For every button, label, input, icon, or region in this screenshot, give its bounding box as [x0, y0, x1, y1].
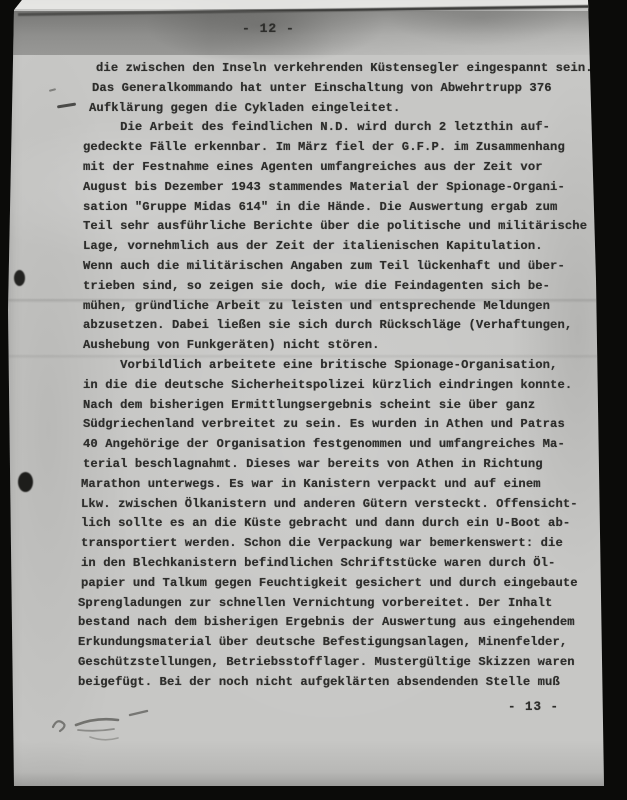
text-line: Vorbildlich arbeitete eine britische Spi…: [83, 356, 588, 376]
text-line: mühen, gründliche Arbeit zu leisten und …: [83, 297, 588, 317]
text-line: die zwischen den Inseln verkehrenden Küs…: [96, 59, 588, 79]
text-line: Teil sehr ausführliche Berichte über die…: [83, 217, 588, 237]
text-line: Erkundungsmaterial über deutsche Befesti…: [78, 633, 588, 653]
ink-blot: [14, 270, 25, 286]
page-number-header: - 12 -: [242, 21, 295, 36]
scanned-document-page: - 12 - die zwischen den Inseln verkehren…: [0, 0, 627, 800]
text-line: 40 Angehörige der Organisation festgenom…: [83, 435, 588, 455]
text-line: Marathon unterwegs. Es war in Kanistern …: [81, 475, 588, 495]
text-line: beigefügt. Bei der noch nicht aufgeklärt…: [78, 673, 588, 693]
text-line: Geschützstellungen, Betriebsstofflager. …: [78, 653, 588, 673]
text-line: transportiert werden. Schon die Verpacku…: [81, 534, 588, 554]
text-line: lich sollte es an die Küste gebracht und…: [81, 514, 588, 534]
text-line: in die die deutsche Sicherheitspolizei k…: [83, 376, 588, 396]
document-body: die zwischen den Inseln verkehrenden Küs…: [83, 59, 588, 693]
scan-shadow-band: [8, 11, 598, 55]
text-line: abzusetzen. Dabei ließen sie sich durch …: [83, 316, 588, 336]
page-number-footer: - 13 -: [508, 700, 559, 714]
pencil-scribble: [46, 704, 170, 750]
ink-blot: [18, 472, 33, 492]
text-line: Nach dem bisherigen Ermittlungsergebnis …: [83, 396, 588, 416]
text-line: gedeckte Fälle erkennbar. Im März fiel d…: [83, 138, 588, 158]
text-line: terial beschlagnahmt. Dieses war bereits…: [83, 455, 588, 475]
margin-mark: [49, 88, 56, 92]
text-line: papier und Talkum gegen Feuchtigkeit ges…: [81, 574, 588, 594]
text-line: Aufklärung gegen die Cykladen eingeleite…: [89, 99, 588, 119]
text-line: August bis Dezember 1943 stammendes Mate…: [83, 178, 588, 198]
text-line: mit der Festnahme eines Agenten umfangre…: [83, 158, 588, 178]
text-line: sation "Gruppe Midas 614" in die Hände. …: [83, 198, 588, 218]
text-line: trieben sind, so zeigen sie doch, wie di…: [83, 277, 588, 297]
text-line: Sprengladungen zur schnellen Vernichtung…: [78, 594, 588, 614]
text-line: Die Arbeit des feindlichen N.D. wird dur…: [83, 118, 588, 138]
text-line: Lkw. zwischen Ölkanistern und anderen Gü…: [81, 495, 588, 515]
corner-mark: [4, 777, 13, 791]
text-line: bestand nach dem bisherigen Ergebnis der…: [78, 613, 588, 633]
margin-mark: [57, 103, 76, 108]
text-line: Wenn auch die militärischen Angaben zum …: [83, 257, 588, 277]
text-line: Aushebung von Funkgeräten) nicht stören.: [83, 336, 588, 356]
text-line: Lage, vornehmlich aus der Zeit der itali…: [83, 237, 588, 257]
text-line: Südgriechenland verbreitet zu sein. Es w…: [83, 415, 588, 435]
text-line: Das Generalkommando hat unter Einschaltu…: [92, 79, 588, 99]
text-line: in den Blechkanistern befindlichen Schri…: [81, 554, 588, 574]
